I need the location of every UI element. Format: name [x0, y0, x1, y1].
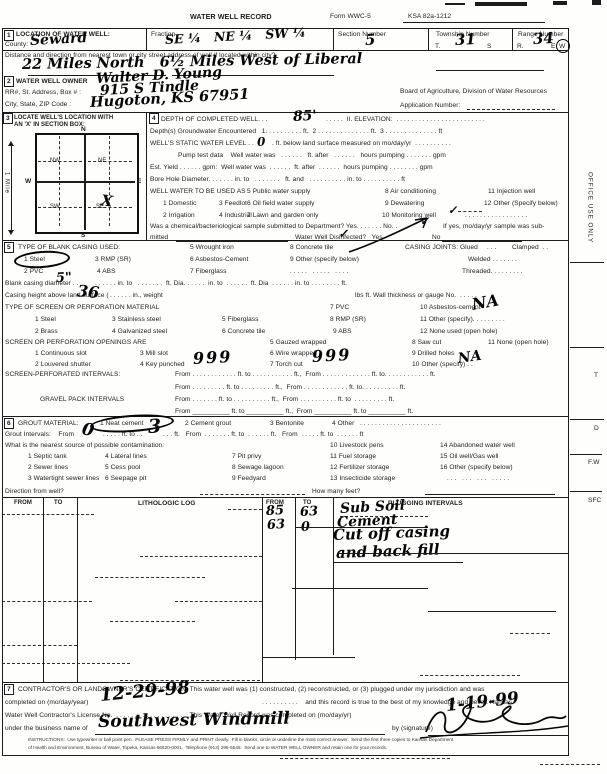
grout-title: GROUT MATERIAL:: [18, 420, 79, 428]
use-option: 6 Oil field water supply: [247, 200, 315, 208]
depth-label: DEPTH OF COMPLETED WELL. . .: [161, 116, 268, 124]
use-option: 7 Lawn and garden only: [247, 212, 319, 220]
margin-label-sfc: SFC: [588, 497, 601, 505]
business-name-value: Southwest Windmill: [98, 711, 290, 731]
use-option: 9 Dewatering: [385, 200, 424, 208]
screen-option: 6 Concrete tile: [222, 328, 265, 336]
contamination-option: 16 Other (specify below): [440, 464, 513, 472]
contamination-option: 13 Insecticide storage: [330, 475, 395, 483]
compass-north: N: [81, 126, 86, 134]
casing-option: 3 RMP (SR): [95, 256, 131, 264]
opening-option: 11 None (open hole): [488, 339, 549, 347]
plugging-long-line: [337, 553, 568, 554]
box4-number: 4: [149, 113, 159, 124]
box2-number: 2: [4, 76, 14, 87]
quad-dash-v: [109, 136, 110, 226]
screen-option: 12 None used (open hole): [420, 328, 497, 336]
contamination-option: 15 Oil well/Gas well: [440, 453, 499, 461]
grout-option: 3 Bentonite: [270, 420, 304, 428]
contamination-option: 10 Livestock pens: [330, 442, 384, 450]
office-use-label: OFFICE USE ONLY: [586, 172, 594, 243]
mile-scale-label: 1 Mile: [2, 172, 10, 194]
contamination-option: 8 Sewage lagoon: [232, 464, 284, 472]
box5-title: TYPE OF BLANK CASING USED:: [18, 244, 120, 252]
joints-label: CASING JOINTS: Glued: [405, 244, 478, 252]
margin-tick: [570, 347, 604, 348]
use-option: 11 Injection well: [488, 188, 535, 196]
box3-number: 3: [3, 113, 13, 124]
casing-option: 4 ABS: [97, 268, 116, 276]
gravel-intervals-label: GRAVEL PACK INTERVALS: [40, 396, 124, 404]
box1-number: 1: [4, 30, 14, 41]
mile-scale-line: [11, 146, 12, 230]
screen-option: 1 Steel: [35, 316, 56, 324]
scan-line: [175, 601, 262, 602]
contamination-option: 12 Fertilizer storage: [330, 464, 389, 472]
opening-option: 7 Torch cut: [270, 361, 303, 369]
grout-intervals-mid2: . . . ft. From . . . . . . . ft. to . . …: [163, 431, 363, 439]
form-number: Form WWC-5: [330, 13, 371, 21]
sample-suffix: If yes, mo/day/yr sample was sub-: [443, 223, 544, 231]
completed-label: completed on (mo/day/year): [5, 699, 88, 707]
page-title: WATER WELL RECORD: [190, 13, 272, 21]
screen-option: 3 Stainless steel: [112, 316, 161, 324]
scan-line: [140, 556, 262, 557]
quad-sw: SW: [50, 204, 60, 212]
casing-option: 5 Wrought iron: [190, 244, 234, 252]
scan-line: [2, 601, 92, 602]
blank-diameter-suffix: . . . . . . in. to . . . . . . . ft. Dia…: [95, 280, 347, 288]
box1-divider: [428, 28, 429, 50]
direction-label: Direction from well?: [5, 488, 64, 496]
contamination-option: 6 Seepage pit: [105, 475, 146, 483]
screen-other-value: NA: [471, 292, 500, 312]
section-x-mark: X: [100, 193, 114, 209]
box3-right-border: [146, 112, 147, 240]
instructions-line-1: INSTRUCTIONS: Use typewriter or ball poi…: [28, 738, 453, 744]
business-label: under the business name of: [5, 725, 88, 733]
city-label: City, State, ZIP Code :: [5, 101, 71, 109]
pump-test-label: Pump test data Well water was . . . . . …: [178, 152, 446, 160]
form-border-bottom: [2, 755, 569, 756]
plugging-row-from: 85: [266, 504, 285, 518]
scan-line: [2, 645, 77, 646]
use-option: 5 Public water supply: [247, 188, 310, 196]
gravel-intervals-row2: From __________ ft. to __________ ft., F…: [175, 408, 413, 416]
scan-line: [540, 764, 600, 765]
blank-diameter-value: 5": [56, 271, 72, 285]
screen-option: 2 Brass: [35, 328, 58, 336]
plugging-row-to: 63: [300, 505, 319, 519]
scan-line: [420, 675, 520, 676]
scan-mark: [445, 3, 465, 5]
scan-line: [510, 633, 550, 634]
box7-number: 7: [4, 684, 14, 695]
box3-top-border: [2, 112, 569, 113]
screen-material-title: TYPE OF SCREEN OR PERFORATION MATERIAL: [5, 304, 159, 312]
quad-dash: [38, 207, 82, 208]
business-underline: [95, 734, 385, 735]
gravel-intervals-row1: From . . . . . . . ft. to . . . . . . . …: [175, 396, 394, 404]
contamination-option: 7 Pit privy: [232, 453, 262, 461]
quad-nw: NW: [50, 158, 60, 166]
quad-ne: NE: [98, 158, 106, 166]
box5-number: 5: [4, 242, 14, 253]
mile-arrow-down: [8, 230, 14, 235]
county-value: Seward: [30, 31, 88, 48]
fraction-value: SE ¼ NE ¼ SW ¼: [165, 27, 306, 47]
scan-line: [428, 611, 556, 612]
screen-option: 8 RMP (SR): [330, 316, 366, 324]
table-col-line: [43, 497, 44, 682]
application-blank: [467, 109, 555, 110]
casing-height-suffix2: lbs ft. Wall thickness or gauge No. . . …: [355, 292, 477, 300]
contamination-option: 4 Lateral lines: [105, 453, 147, 461]
margin-label-t: T: [594, 372, 598, 380]
box6-top-border: [2, 416, 569, 417]
box1-divider: [146, 28, 147, 50]
est-yield-label: Est. Yield . . . . . . gpm: Well water w…: [150, 164, 433, 172]
static-level-label: WELL'S STATIC WATER LEVEL . .: [150, 140, 254, 148]
litho-from-header: FROM: [14, 500, 32, 508]
margin-tick: [570, 262, 604, 263]
contamination-option: 3 Watertight sewer lines: [28, 475, 99, 483]
contamination-option: 14 Abandoned water well: [440, 442, 515, 450]
static-level-suffix: . ft. below land surface measured on mo/…: [272, 140, 451, 148]
screen-option: 9 ABS: [333, 328, 352, 336]
screen-intervals-row1: From . . . . . . . . . . . . ft. to . . …: [175, 371, 436, 379]
margin-label-d: D: [594, 425, 599, 433]
section-box-cross-h: [35, 181, 135, 183]
static-level-value: 0: [257, 136, 266, 148]
box1-divider: [333, 28, 334, 50]
screen-intervals-label: SCREEN-PERFORATED INTERVALS:: [5, 371, 120, 379]
box5-top-border: [2, 240, 569, 241]
openings-other-value: NA: [457, 349, 482, 366]
opening-option: 4 Key punched: [140, 361, 185, 369]
box2-title: WATER WELL OWNER: [16, 78, 88, 86]
use-option: 3 Feedlot: [219, 200, 247, 208]
casing-option: 2 PVC: [24, 268, 43, 276]
scan-line: [280, 758, 450, 759]
completed-date-value: 12-29-98: [99, 679, 190, 705]
instructions-line-2: of Health and Environment, Bureau of Wat…: [28, 746, 387, 752]
table-col-line: [295, 497, 296, 660]
opening-option: 5 Gauzed wrapped: [270, 339, 327, 347]
plugging-row-from: 63: [267, 518, 286, 532]
header-underline: [403, 22, 545, 23]
casing-option: 9 Other (specify below): [290, 256, 359, 264]
mitted-blank-line: [176, 241, 288, 242]
application-label: Application Number:: [400, 102, 460, 110]
address-label: RR#, St. Address, Box # :: [5, 89, 81, 97]
township-value: 31: [455, 32, 477, 48]
contamination-option: 2 Sewer lines: [28, 464, 68, 472]
openings-key-value: 999: [193, 349, 233, 367]
margin-tick: [570, 419, 604, 420]
casing-option: 6 Asbestos-Cement: [190, 256, 248, 264]
depth-value: 85': [293, 109, 317, 124]
screen-option: 5 Fiberglass: [222, 316, 259, 324]
contamination-option: 9 Feedyard: [232, 475, 266, 483]
litho-log-header: LITHOLOGIC LOG: [138, 500, 195, 508]
contamination-dots: . . . . . . . . . . . . . .: [447, 475, 509, 483]
margin-tick: [570, 491, 602, 492]
feet-blank: [425, 494, 555, 495]
groundwater-label: Depth(s) Groundwater Encountered 1. . . …: [150, 128, 442, 136]
box7-top-border: [2, 682, 569, 683]
box6-number: 6: [4, 418, 14, 429]
plugging-note-underline: [333, 562, 463, 563]
steel-circle: [13, 249, 70, 270]
distance-blank-line: [436, 70, 544, 71]
scan-line: [262, 657, 355, 658]
screen-option: 11 Other (specify). . . . . . . . .: [420, 316, 505, 324]
casing-option: 7 Fiberglass: [190, 268, 227, 276]
monitoring-check-mark: ✓: [448, 205, 458, 216]
box3-title-line2: AN 'X' IN SECTION BOX:: [14, 122, 85, 130]
grout-intervals-label: Grout Intervals: From: [5, 431, 74, 439]
use-option: 8 Air conditioning: [385, 188, 436, 196]
use-option: 2 Irrigation: [163, 212, 195, 220]
margin-label-fw: F.W: [588, 459, 600, 467]
margin-tick: [570, 454, 602, 455]
scan-line: [110, 621, 195, 622]
scan-mark: [592, 0, 601, 5]
openings-torch-value: 999: [312, 347, 352, 365]
use-title: WELL WATER TO BE USED AS: [150, 188, 246, 196]
grout-other-dots: . . . . . . . . . . . . . . . . . . . . …: [360, 420, 441, 428]
litho-to-header: TO: [54, 500, 62, 508]
elevation-label: . . . . . II. ELEVATION: . . . . . . . .…: [326, 116, 485, 124]
disinfected-no-blank: [442, 241, 522, 242]
statute-number: KSA 82a-1212: [408, 13, 451, 21]
compass-east: E: [137, 178, 141, 186]
grout-option: 2 Cement grout: [185, 420, 231, 428]
form-border-right: [568, 28, 569, 756]
opening-option: 8 Saw cut: [412, 339, 441, 347]
table-top-border: [2, 497, 569, 498]
openings-title: SCREEN OR PERFORATION OPENINGS ARE: [5, 339, 147, 347]
contamination-option: 1 Septic tank: [28, 453, 67, 461]
joints-glued-dots: . . .: [487, 244, 496, 252]
mile-arrow-up: [8, 141, 14, 146]
bore-hole-label: Bore Hole Diameter. . . . . . . in. to .…: [150, 176, 405, 184]
direction-blank: [200, 494, 305, 495]
contamination-question: What is the nearest source of possible c…: [5, 442, 164, 450]
screen-option: 7 PVC: [330, 304, 349, 312]
section-label: Section Number: [338, 31, 386, 39]
certification-line1: CONTRACTOR'S OR LANDOWNER'S CERTIFICATIO…: [18, 686, 484, 694]
use-option: 12 Other (Specify below): [484, 200, 558, 208]
joints-welded: Welded . . . . . . .: [468, 256, 517, 264]
casing-other-dots: . . . . . . . . . . . . . .: [290, 268, 348, 276]
feet-label: How many feet?: [312, 488, 360, 496]
use-dots: . . . . . . . . . . . . . . . . .: [465, 212, 527, 220]
opening-option: 9 Drilled holes: [412, 350, 455, 358]
quad-dash-v: [59, 136, 60, 226]
screen-intervals-row2: From . . . . . . . . . ft. to . . . . . …: [175, 384, 406, 392]
grout-option: 4 Other: [332, 420, 354, 428]
scan-mark: [475, 2, 527, 6]
scan-mark: [553, 1, 567, 5]
opening-option: 3 Mill slot: [140, 350, 168, 358]
section-box: [35, 133, 139, 234]
joints-threaded: Threaded. . . . . . . . .: [462, 268, 523, 276]
plugging-note-2: and back fill: [336, 542, 440, 561]
contamination-option: 11 Fuel storage: [330, 453, 376, 461]
table-col-line: [262, 497, 263, 682]
scan-line: [95, 577, 205, 578]
compass-south: S: [81, 232, 85, 240]
grout-from-value: 0: [80, 421, 95, 440]
compass-west: W: [25, 178, 31, 186]
quad-dash: [88, 161, 132, 162]
casing-height-value: 36: [76, 283, 100, 301]
form-border-left: [2, 28, 3, 756]
grout-to-value: 3: [148, 417, 162, 437]
opening-option: 2 Louvered shutter: [35, 361, 91, 369]
scan-line: [228, 509, 262, 510]
monitoring-check-dash: [458, 211, 482, 212]
county-label: County:: [5, 41, 28, 49]
water-well-record-form: WATER WELL RECORD Form WWC-5 KSA 82a-121…: [0, 0, 607, 774]
section-value: 5: [365, 32, 376, 48]
joints-clamped: Clamped . .: [512, 244, 548, 252]
scan-line: [2, 514, 94, 515]
box1-divider: [512, 28, 513, 50]
grout-intervals-mid1: . . . . . ft. to . .: [103, 431, 142, 439]
signature-scrawl: [418, 692, 570, 742]
casing-option: 8 Concrete tile: [290, 244, 333, 252]
agency-name: Board of Agriculture, Division of Water …: [400, 88, 547, 96]
scan-line: [2, 663, 130, 664]
casing-height-suffix: . . . . . . in., weight: [110, 292, 163, 300]
table-col-line: [333, 497, 334, 655]
use-option: 1 Domestic: [163, 200, 196, 208]
contamination-option: 5 Cess pool: [105, 464, 140, 472]
opening-option: 6 Wire wrapped: [270, 350, 317, 358]
scan-line: [292, 588, 428, 589]
table-col-line: [77, 497, 78, 682]
opening-option: 1 Continuous slot: [35, 350, 87, 358]
screen-option: 4 Galvanized steel: [112, 328, 167, 336]
